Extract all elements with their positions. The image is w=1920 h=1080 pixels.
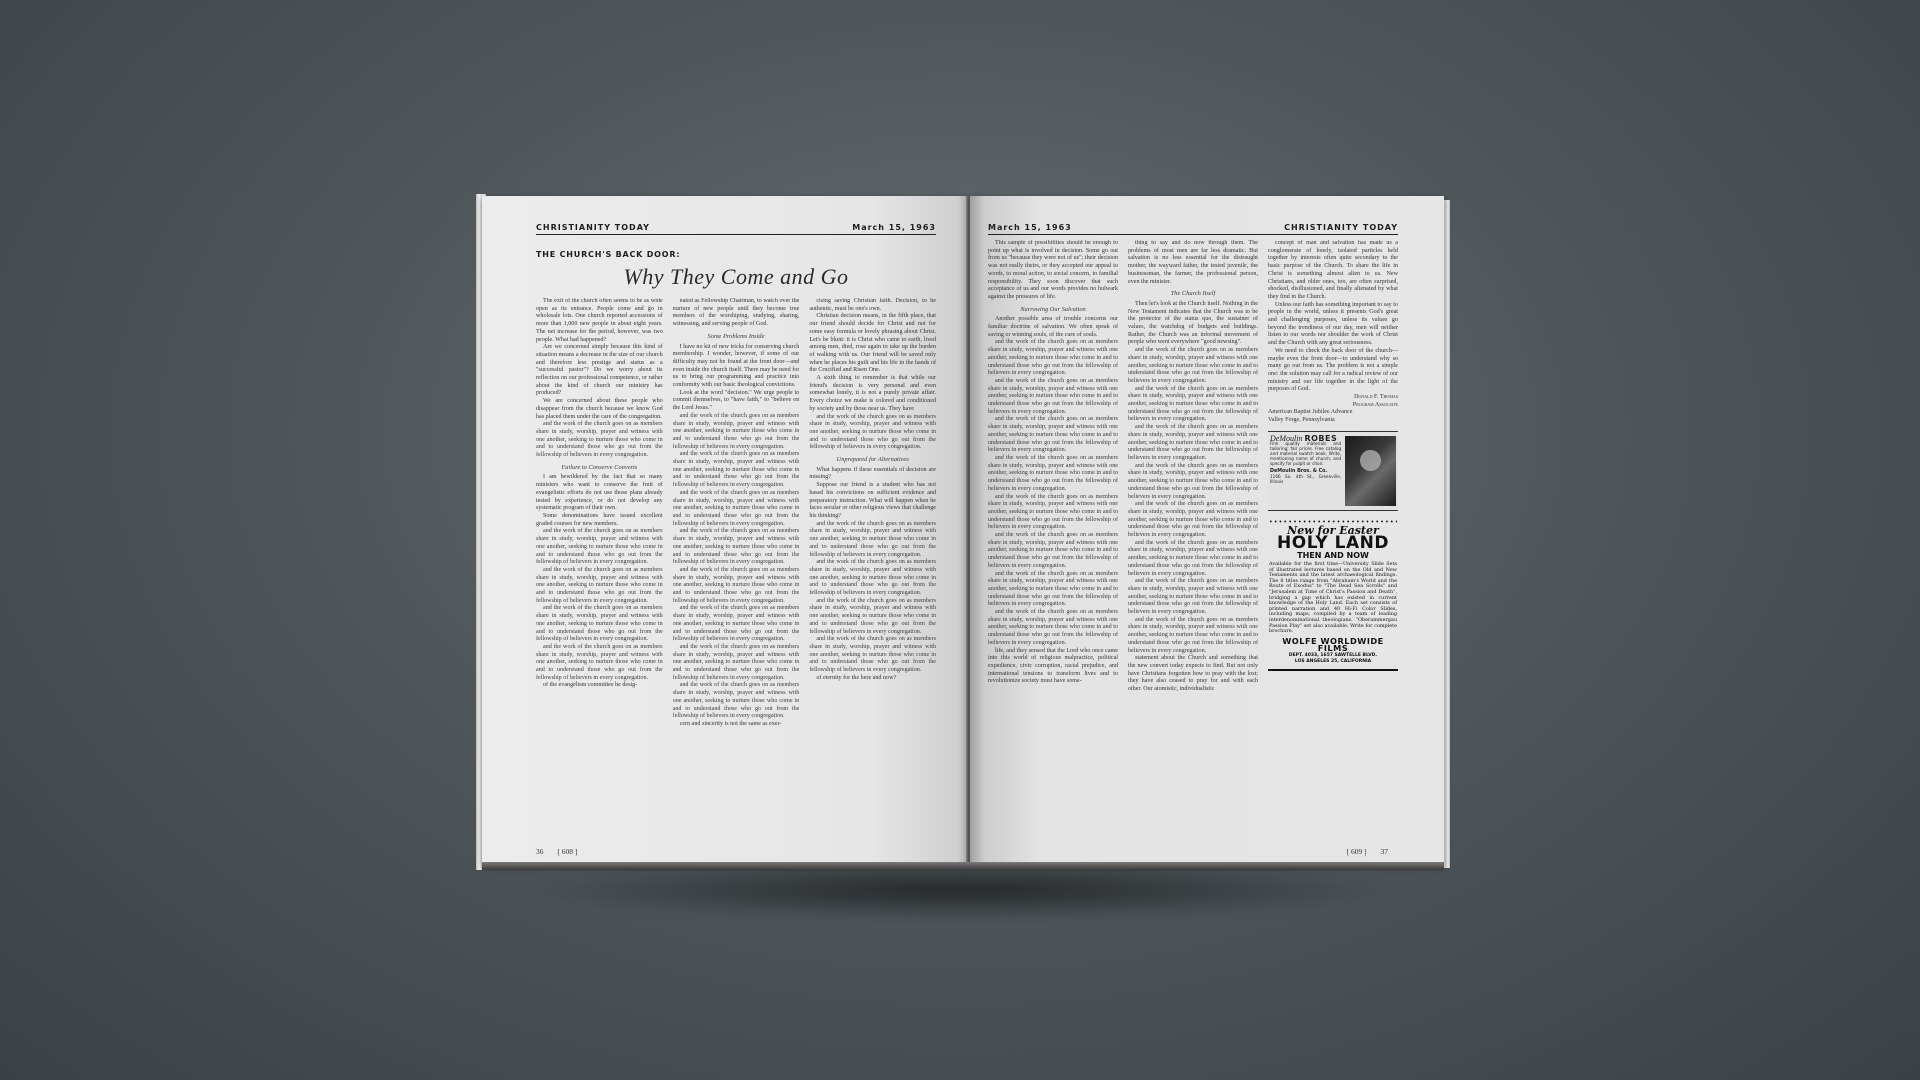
paragraph: and the work of the church goes on as me… <box>809 636 936 675</box>
subheading: Unprepared for Alternatives <box>809 456 936 464</box>
column-3: concept of man and salvation has made us… <box>1268 240 1398 836</box>
ad-title: HOLY LAND <box>1269 534 1397 552</box>
column-2: nated as Fellowship Chairman, to watch o… <box>673 298 800 833</box>
paragraph: Then let's look at the Church itself. No… <box>1128 301 1258 347</box>
paragraph: and the work of the church goes on as me… <box>1128 386 1258 425</box>
paragraph: and the work of the church goes on as me… <box>536 644 663 683</box>
running-head: March 15, 1963 CHRISTIANITY TODAY <box>988 218 1398 235</box>
paragraph: thing to say and do now through them. Th… <box>1128 240 1258 286</box>
paragraph: We are concerned about these people who … <box>536 398 663 421</box>
author-organization: American Baptist Jubilee Advance <box>1268 409 1398 417</box>
paragraph: and the work of the church goes on as me… <box>988 532 1118 571</box>
paragraph: The exit of the church often seems to be… <box>536 298 663 344</box>
paragraph: and the work of the church goes on as me… <box>809 559 936 598</box>
paragraph: Christian decision means, in the fifth p… <box>809 313 936 375</box>
paragraph: and the work of the church goes on as me… <box>673 644 800 683</box>
column-1: This sample of possibilities should be e… <box>988 240 1118 836</box>
ad-address: 1166 So. 4th St., Greenville, Illinois <box>1270 474 1341 484</box>
paragraph: and the work of the church goes on as me… <box>1128 424 1258 463</box>
ad-demoulin-robes: DeMoulin ROBES Fine quality materials an… <box>1268 431 1398 511</box>
subheading: Narrowing Our Salvation <box>988 306 1118 314</box>
ad-body: Fine quality materials and tailoring; fa… <box>1270 441 1341 466</box>
paragraph: and the work of the church goes on as me… <box>536 567 663 606</box>
column-3-text: concept of man and salvation has made us… <box>1268 240 1398 425</box>
paragraph: concept of man and salvation has made us… <box>1268 240 1398 302</box>
paragraph: cising saving Christian faith. Decision,… <box>809 298 936 313</box>
paragraph: and the work of the church goes on as me… <box>1128 578 1258 617</box>
paragraph: and the work of the church goes on as me… <box>988 494 1118 533</box>
ad-subtitle: THEN AND NOW <box>1269 552 1397 560</box>
paragraph: and the work of the church goes on as me… <box>809 521 936 560</box>
paragraph: and the work of the church goes on as me… <box>1128 463 1258 502</box>
last-line: cern and sincerity is not the same as ex… <box>673 721 800 729</box>
last-line: of the evangelism committee be desig- <box>536 682 663 690</box>
paragraph: and the work of the church goes on as me… <box>1128 617 1258 656</box>
article-headline: Why They Come and Go <box>536 264 936 290</box>
author-title: Program Associate <box>1268 402 1398 410</box>
article-columns: The exit of the church often seems to be… <box>536 298 936 833</box>
paragraph: and the work of the church goes on as me… <box>988 378 1118 417</box>
paragraph: and the work of the church goes on as me… <box>988 455 1118 494</box>
paragraph: and the work of the church goes on as me… <box>1128 347 1258 386</box>
author-name: Donald F. Thomas <box>1268 394 1398 402</box>
ad-holy-land: •••••••••••••••••••••••••••••• New for E… <box>1268 517 1398 671</box>
issue-date: March 15, 1963 <box>988 223 1072 232</box>
paragraph: statement about the Church and something… <box>1128 655 1258 694</box>
paragraph: and the work of the church goes on as me… <box>673 413 800 452</box>
column-3: cising saving Christian faith. Decision,… <box>809 298 936 833</box>
ad-robes-illustration <box>1345 436 1396 506</box>
running-head: CHRISTIANITY TODAY March 15, 1963 <box>536 218 936 235</box>
paragraph: and the work of the church goes on as me… <box>809 598 936 637</box>
book-bottom-edge <box>482 862 1444 870</box>
paragraph: and the work of the church goes on as me… <box>673 451 800 490</box>
issue-page-number: [ 609 ] <box>1347 847 1367 856</box>
ad-address-line-2: LOS ANGELES 25, CALIFORNIA <box>1269 659 1397 665</box>
issue-date: March 15, 1963 <box>852 223 936 232</box>
subheading: The Church Itself <box>1128 290 1258 298</box>
paragraph: I have no kit of new tricks for conservi… <box>673 344 800 390</box>
paragraph: life, and they sensed that the Lord who … <box>988 648 1118 687</box>
paragraph: What happens if these essentials of deci… <box>809 467 936 482</box>
right-page: March 15, 1963 CHRISTIANITY TODAY This s… <box>970 196 1444 866</box>
paragraph: and the work of the church goes on as me… <box>988 416 1118 455</box>
paragraph: and the work of the church goes on as me… <box>1128 501 1258 540</box>
paragraph: and the work of the church goes on as me… <box>673 567 800 606</box>
paragraph: Unless our faith has something important… <box>1268 302 1398 348</box>
paragraph: and the work of the church goes on as me… <box>809 414 936 453</box>
paragraph: Are we concerned simply because this kin… <box>536 344 663 398</box>
paragraph: A sixth thing to remember is that while … <box>809 375 936 414</box>
paragraph: and the work of the church goes on as me… <box>988 571 1118 610</box>
paragraph: and the work of the church goes on as me… <box>536 528 663 567</box>
article-columns: This sample of possibilities should be e… <box>988 240 1398 836</box>
paragraph: nated as Fellowship Chairman, to watch o… <box>673 298 800 329</box>
paragraph: and the work of the church goes on as me… <box>988 339 1118 378</box>
page-folio: [ 609 ] 37 <box>1347 847 1400 856</box>
paragraph: and the work of the church goes on as me… <box>673 605 800 644</box>
paragraph: Suppose our friend is a student who has … <box>809 482 936 521</box>
paragraph: I am bewildered by the fact that so many… <box>536 474 663 513</box>
paragraph: Some denominations have issued excellent… <box>536 513 663 528</box>
paragraph: and the work of the church goes on as me… <box>536 421 663 460</box>
paragraph: and the work of the church goes on as me… <box>1128 540 1258 579</box>
paragraph: and the work of the church goes on as me… <box>673 682 800 721</box>
paragraph: This sample of possibilities should be e… <box>988 240 1118 302</box>
page-number: 36 <box>536 847 544 856</box>
paragraph: Another possible area of trouble concern… <box>988 316 1118 339</box>
article-kicker: THE CHURCH'S BACK DOOR: <box>536 250 680 259</box>
paragraph: and the work of the church goes on as me… <box>536 605 663 644</box>
paragraph: We need to check the back door of the ch… <box>1268 348 1398 394</box>
subheading: Failure to Conserve Converts <box>536 464 663 472</box>
paragraph: and the work of the church goes on as me… <box>988 609 1118 648</box>
last-line: of eternity for the here and now? <box>809 675 936 683</box>
column-2: thing to say and do now through them. Th… <box>1128 240 1258 836</box>
ad-body: Available for the first time—University … <box>1269 562 1397 635</box>
publication-name: CHRISTIANITY TODAY <box>536 223 650 232</box>
left-page: CHRISTIANITY TODAY March 15, 1963 THE CH… <box>482 196 968 866</box>
ad-company: WOLFE WORLDWIDE FILMS <box>1269 638 1397 653</box>
issue-page-number: [ 608 ] <box>557 847 577 856</box>
paragraph: Look at the word "decision." We urge peo… <box>673 390 800 413</box>
paragraph: and the work of the church goes on as me… <box>673 528 800 567</box>
publication-name: CHRISTIANITY TODAY <box>1284 223 1398 232</box>
author-location: Valley Forge, Pennsylvania <box>1268 417 1398 425</box>
page-number: 37 <box>1381 847 1389 856</box>
paragraph: and the work of the church goes on as me… <box>673 490 800 529</box>
subheading: Some Problems Inside <box>673 333 800 341</box>
page-folio: 36 [ 608 ] <box>536 847 589 856</box>
column-1: The exit of the church often seems to be… <box>536 298 663 833</box>
